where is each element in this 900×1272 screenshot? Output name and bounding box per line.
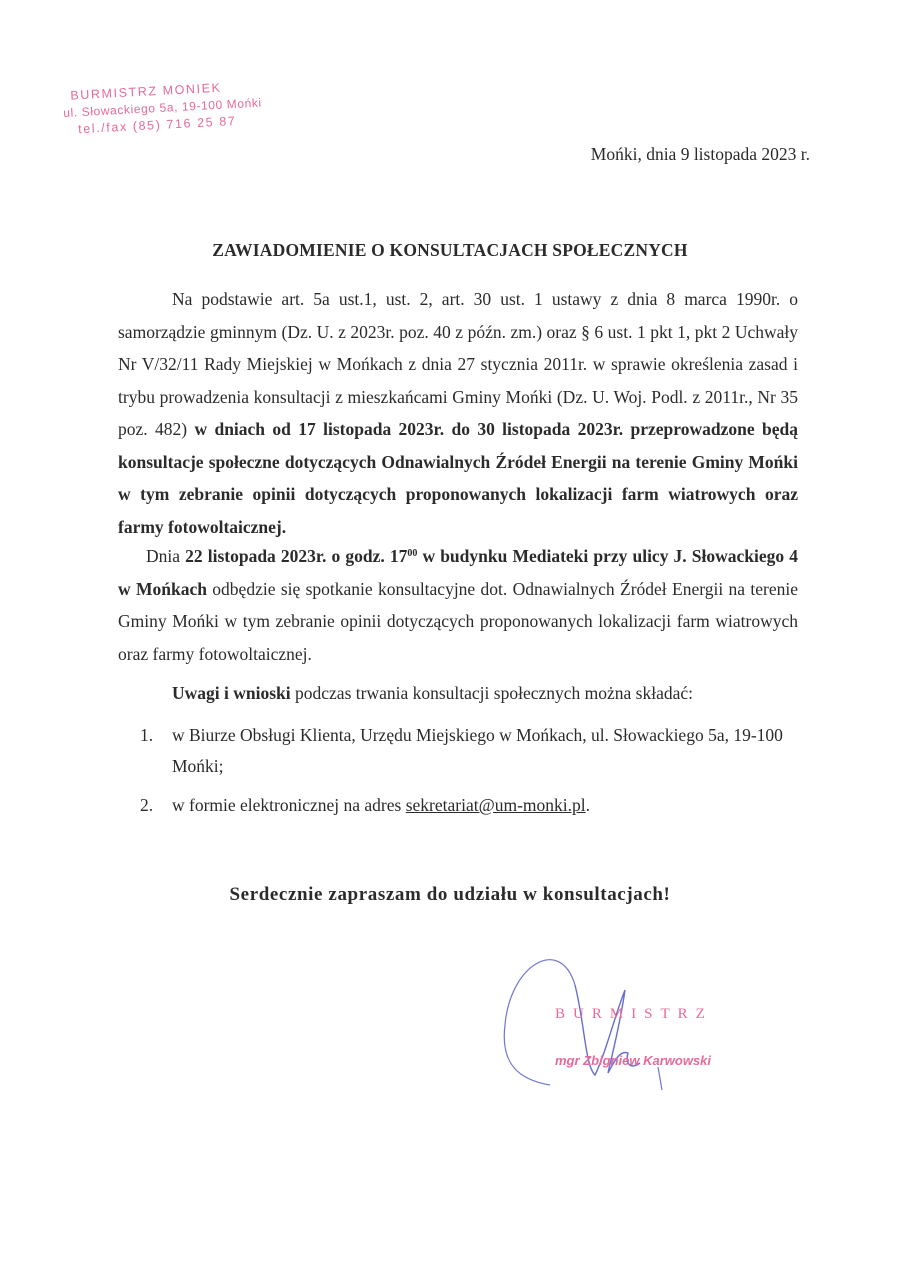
signature-stamp-title: BURMISTRZ: [555, 1006, 713, 1023]
office-stamp: BURMISTRZ MONIEK ul. Słowackiego 5a, 19-…: [62, 78, 263, 139]
list-text: w Biurze Obsługi Klienta, Urzędu Miejski…: [172, 725, 783, 776]
date-line: Mońki, dnia 9 listopada 2023 r.: [591, 144, 810, 165]
remarks-intro-text: podczas trwania konsultacji społecznych …: [291, 683, 693, 703]
closing-invitation: Serdecznie zapraszam do udziału w konsul…: [0, 884, 900, 906]
meeting-lead: Dnia: [146, 546, 185, 566]
list-item: 1. w Biurze Obsługi Klienta, Urzędu Miej…: [140, 720, 800, 782]
submission-methods-list: 1. w Biurze Obsługi Klienta, Urzędu Miej…: [140, 720, 800, 829]
meeting-date: 22 listopada 2023r. o godz. 17: [185, 546, 407, 566]
list-number: 2.: [140, 790, 153, 821]
list-item: 2. w formie elektronicznej na adres sekr…: [140, 790, 800, 821]
remarks-intro: Uwagi i wnioski podczas trwania konsulta…: [172, 683, 693, 704]
paragraph-bold-text: w dniach od 17 listopada 2023r. do 30 li…: [118, 419, 798, 537]
signature-stamp-name: mgr Zbigniew Karwowski: [555, 1053, 711, 1068]
list-text-end: .: [586, 795, 590, 815]
email-link[interactable]: sekretariat@um-monki.pl: [406, 795, 586, 815]
list-text: w formie elektronicznej na adres: [172, 795, 406, 815]
paragraph-legal-basis: Na podstawie art. 5a ust.1, ust. 2, art.…: [118, 283, 798, 543]
handwritten-signature: [490, 945, 730, 1105]
paragraph-meeting: Dnia 22 listopada 2023r. o godz. 1700 w …: [118, 540, 798, 670]
remarks-intro-bold: Uwagi i wnioski: [172, 683, 291, 703]
meeting-time-minutes: 00: [407, 548, 417, 559]
meeting-description: odbędzie się spotkanie konsultacyjne dot…: [118, 579, 798, 664]
list-number: 1.: [140, 720, 153, 751]
document-title: ZAWIADOMIENIE O KONSULTACJACH SPOŁECZNYC…: [0, 240, 900, 261]
paragraph-normal-text: Na podstawie art. 5a ust.1, ust. 2, art.…: [118, 289, 798, 439]
